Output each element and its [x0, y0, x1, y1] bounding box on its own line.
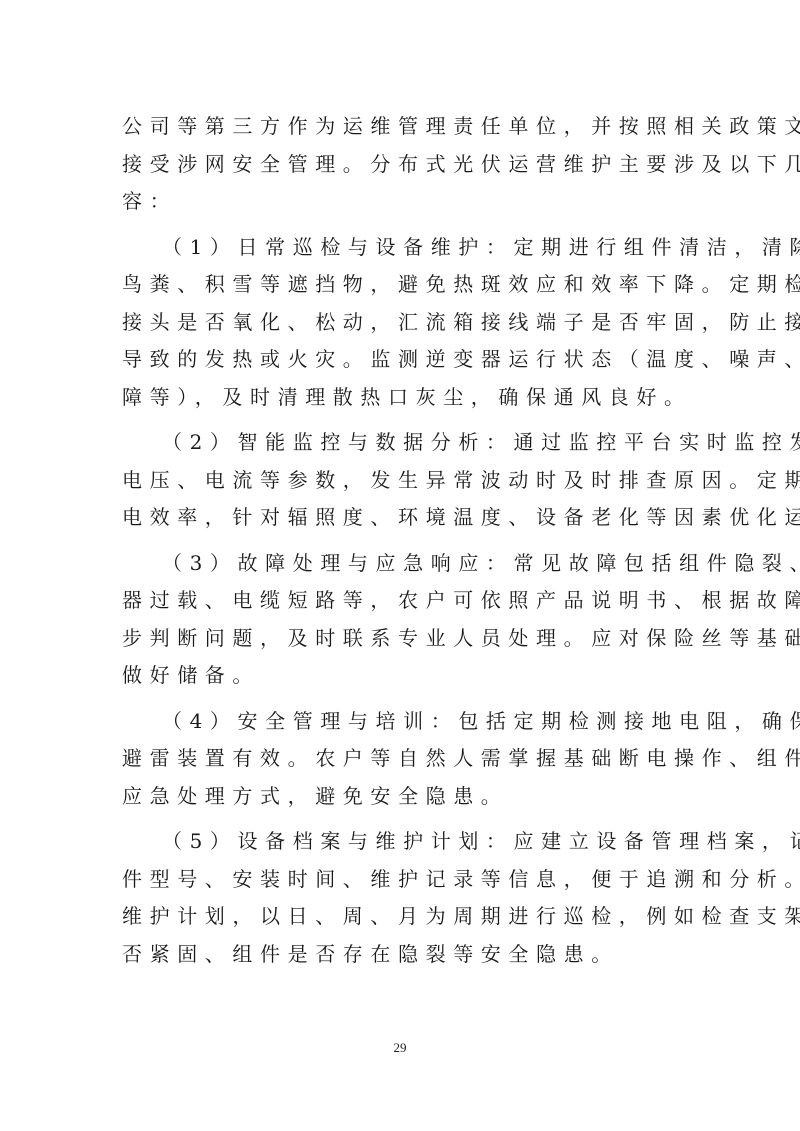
text-line: 电压、电流等参数，发生异常波动时及时排查原因。定期分析发 [122, 462, 692, 500]
text-line: 维护计划，以日、周、月为周期进行巡检，例如检查支架螺栓是 [122, 898, 692, 936]
page-body: 公司等第三方作为运维管理责任单位，并按照相关政策文件要求 接受涉网安全管理。分布… [122, 108, 692, 973]
section-1-daily-inspection: （1）日常巡检与设备维护：定期进行组件清洁，清除灰尘、 鸟粪、积雪等遮挡物，避免… [122, 229, 692, 417]
text-line: 避雷装置有效。农户等自然人需掌握基础断电操作、组件破损的 [122, 740, 692, 778]
section-4-safety-training: （4）安全管理与培训：包括定期检测接地电阻，确保防雷、 避雷装置有效。农户等自然… [122, 703, 692, 816]
text-line: 导致的发热或火灾。监测逆变器运行状态（温度、噪声、是否故 [122, 341, 692, 379]
document-page: 公司等第三方作为运维管理责任单位，并按照相关政策文件要求 接受涉网安全管理。分布… [0, 0, 800, 1131]
text-line: （5）设备档案与维护计划：应建立设备管理档案，记录组 [122, 823, 692, 861]
section-2-monitoring: （2）智能监控与数据分析：通过监控平台实时监控发电量、 电压、电流等参数，发生异… [122, 424, 692, 537]
text-line: 件型号、安装时间、维护记录等信息，便于追溯和分析。应制定 [122, 861, 692, 899]
text-line: 接头是否氧化、松动，汇流箱接线端子是否牢固，防止接触不良 [122, 304, 692, 342]
text-line: 障等），及时清理散热口灰尘，确保通风良好。 [122, 379, 692, 417]
text-line: （1）日常巡检与设备维护：定期进行组件清洁，清除灰尘、 [122, 229, 692, 267]
text-line: （4）安全管理与培训：包括定期检测接地电阻，确保防雷、 [122, 703, 692, 741]
text-line: 容： [122, 183, 692, 221]
intro-paragraph: 公司等第三方作为运维管理责任单位，并按照相关政策文件要求 接受涉网安全管理。分布… [122, 108, 692, 221]
text-line: （3）故障处理与应急响应：常见故障包括组件隐裂、逆变 [122, 545, 692, 583]
text-line: （2）智能监控与数据分析：通过监控平台实时监控发电量、 [122, 424, 692, 462]
text-line: 应急处理方式，避免安全隐患。 [122, 778, 692, 816]
text-line: 否紧固、组件是否存在隐裂等安全隐患。 [122, 936, 692, 974]
text-line: 电效率，针对辐照度、环境温度、设备老化等因素优化运行策略。 [122, 499, 692, 537]
text-line: 公司等第三方作为运维管理责任单位，并按照相关政策文件要求 [122, 108, 692, 146]
text-line: 鸟粪、积雪等遮挡物，避免热斑效应和效率下降。定期检查电缆 [122, 266, 692, 304]
text-line: 器过载、电缆短路等，农户可依照产品说明书、根据故障代码初 [122, 582, 692, 620]
page-number: 29 [0, 1040, 800, 1056]
section-3-fault-handling: （3）故障处理与应急响应：常见故障包括组件隐裂、逆变 器过载、电缆短路等，农户可… [122, 545, 692, 695]
text-line: 步判断问题，及时联系专业人员处理。应对保险丝等基础易损件 [122, 620, 692, 658]
text-line: 做好储备。 [122, 657, 692, 695]
section-5-equipment-records: （5）设备档案与维护计划：应建立设备管理档案，记录组 件型号、安装时间、维护记录… [122, 823, 692, 973]
text-line: 接受涉网安全管理。分布式光伏运营维护主要涉及以下几方面内 [122, 146, 692, 184]
